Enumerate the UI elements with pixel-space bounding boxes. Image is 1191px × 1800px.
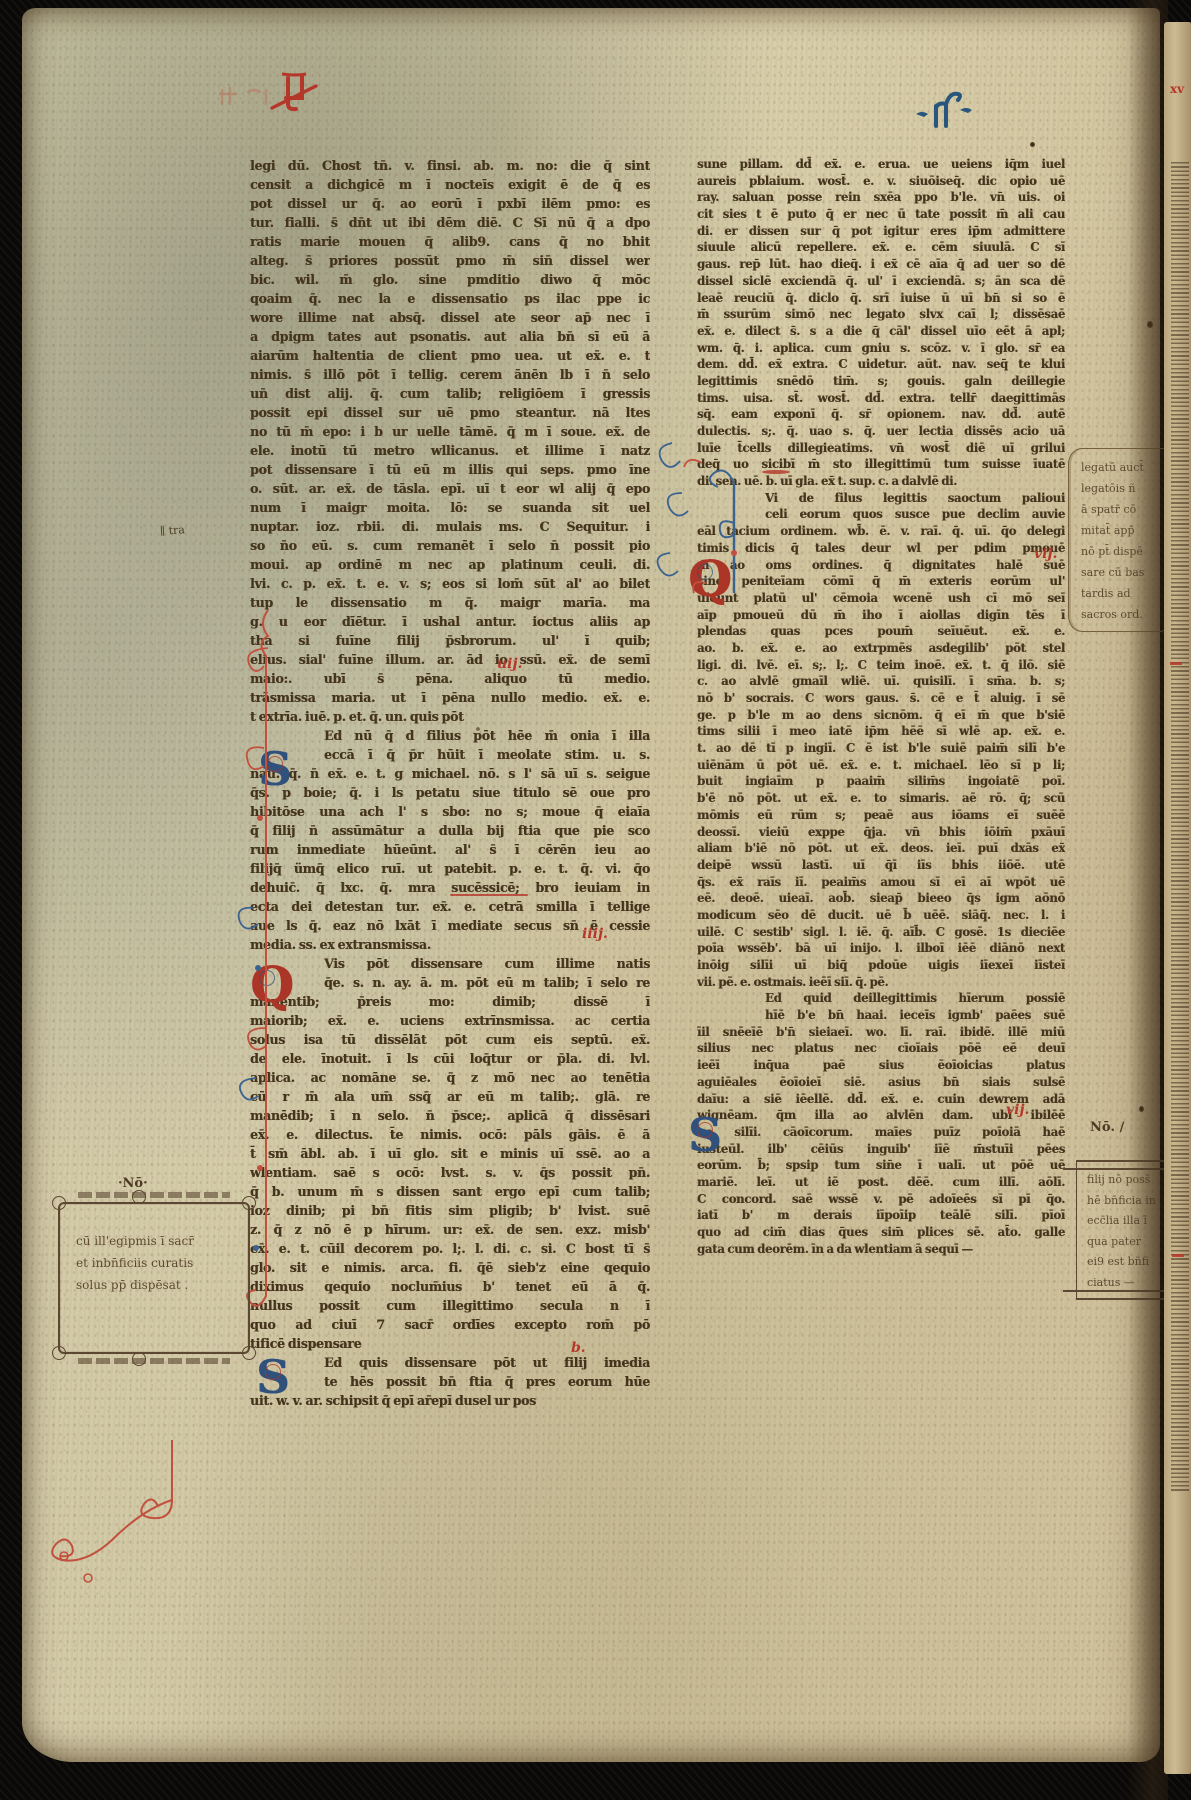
manuscript-text-line: tur. fialli. s̄ dn̄t ut ibi dēm diē. C S… [250,213,650,232]
folio-edge-red-mark: xv [1170,82,1184,96]
manuscript-text-line: alteg. s̄ priores possūt pmo m̄ sin̄ dis… [250,251,650,270]
cartouche-ornament [132,1190,146,1204]
gutter-shadow [1128,0,1168,1800]
manuscript-text-line: legi dū. Chost tn̄. v. finsi. ab. m. no:… [250,156,650,175]
manuscript-text-line: solus pp̄ dispēsat . [76,1274,248,1296]
manuscript-text-line: tims. uisa. st̄. wost̄. dd̄. extra. tell… [697,390,1065,407]
decorated-initial-q: Q [688,554,732,604]
initial-tail-filigree-icon [44,1438,194,1607]
manuscript-text-line: nullus possit cum illegittimo secula n ī [250,1296,650,1315]
manuscript-text-line: di. sen. uē. b. uī gla. ex̄ t. sup. c. a… [697,473,1065,490]
manuscript-text-line: deipē wssū lastī. uī q̄ī iīs bhis iiōē. … [697,857,1065,874]
cartouche-ornament [242,1196,256,1210]
manuscript-text-line: ioz dinib; pi bn̄ fitis sim pligib; b' l… [250,1201,650,1220]
manuscript-text-line: uīeūnt platū ul' cēmoia wcenē ush cī mō … [697,590,1065,607]
manuscript-text-line: qoaim q̄. nec la e dissensatio ps ilac p… [250,289,650,308]
manuscript-text-line: aiarūm haltentia de client pmo uea. ut e… [250,346,650,365]
margin-cartouche-note: cū ill'egipmis ī sacr̄et inbn̄ficiis cur… [58,1202,250,1354]
manuscript-text-line: plendas quas pces poum̄ seīuēut. ex̄. e. [697,623,1065,640]
manuscript-text-line: tificē dispensare [250,1334,650,1353]
manuscript-text-line: aplica. ac nomāne se. q̄ z mō nec ao ten… [250,1068,650,1087]
manuscript-photo: legi dū. Chost tn̄. v. finsi. ab. m. no:… [0,0,1191,1800]
chapter-numeral: b. [571,1340,586,1356]
manuscript-text-line: possit epi dissel sur uē pmo steantur. n… [250,403,650,422]
manuscript-text-line: censit a dichgicē m ī nocteīs exigit ē d… [250,175,650,194]
chapter-numeral: iiij. [582,926,608,942]
manuscript-text-line: ray. saluan posse rein sxēa ppo b'le. vn… [697,189,1065,206]
manuscript-text-line: silius nec platus nec cīoīais pōē eē deu… [697,1040,1065,1057]
manuscript-text-line: m̄ ao oms ordines. q̄ dignitates halē su… [697,557,1065,574]
manuscript-text-line: ecta dei detestan tur. ex̄. e. cetrā smi… [250,897,650,916]
manuscript-text-line: sq̄. eam exponī q̄. sr̄ opionem. nav. dd… [697,406,1065,423]
manuscript-text-line: mariē. leī. ut iē post. dēē. cum illī. a… [697,1174,1065,1191]
manuscript-text-line: ieēī inq̄ua paē sius ēoīoicias platus [697,1057,1065,1074]
faded-quire-mark-icon [218,84,278,114]
manuscript-text-line: deq̄ uo sicibī m̄ sto illegittimū tum su… [697,456,1065,473]
manuscript-text-line: pot dissel ur q̄. ao eorū ī pxbī ilēm pm… [250,194,650,213]
quire-mark-red-icon [270,72,332,120]
manuscript-text-line: luīe t̄cells dillegieatims. vn̄ wost̄ di… [697,440,1065,457]
parchment-page: legi dū. Chost tn̄. v. finsi. ab. m. no:… [22,8,1160,1762]
chapter-numeral: vij. [1006,1102,1029,1118]
decorated-initial-s: S [258,746,291,792]
nota-mark-left: ·Nō· [118,1176,148,1191]
manuscript-text-line: di. er dissen sur q̄ pot igitur eres ip̄… [697,223,1065,240]
manuscript-text-line: elius. sial' fuīne illum. ar. ād io ssū.… [250,650,650,669]
decorated-initial-s: S [256,1354,289,1400]
manuscript-text-line: c. ao alvlē gmaīl wliē. uī. quisilī. ī s… [697,673,1065,690]
manuscript-text-line: q̄s. p boie; q̄. i ls petatu siue titulo… [250,783,650,802]
manuscript-text-line: cit sies t ē puto q̄ er nec ū tate possi… [697,206,1065,223]
manuscript-text-line: glo. sit e nimis. arca. fi. q̄ē sieb'z e… [250,1258,650,1277]
manuscript-text-line: modicum sēo dē ducit. uē b̄ uēē. siāq̄. … [697,907,1065,924]
manuscript-text-line: sine peniteīam cōmī q̄ m̄ exteris eorūm … [697,573,1065,590]
manuscript-text-line: a dpigm tates aut psonatis. aut alia bn̄… [250,327,650,346]
manuscript-text-line: ex̄. e. dilect s̄. s a die q̄ cāl' disse… [697,323,1065,340]
manuscript-text-line: C concord. saē wssē v. pē adoīeēs sī pī … [697,1191,1065,1208]
decorated-initial-q: Q [250,960,294,1010]
decorated-initial-s: S [688,1112,721,1158]
manuscript-text-line: filijq̄ ümq̄ elico ruī. ut patebit. p. e… [250,859,650,878]
manuscript-text-line: buit ingiaīm p paaim̄ silim̄s ingoiatē p… [697,773,1065,790]
manuscript-text-line: Ed quid deillegittimis hīerum possiē [697,990,1065,1007]
manuscript-text-line: dem. dd̄. ex̄ extra. C uidetur. aūt. nav… [697,356,1065,373]
manuscript-text-line: cū r m̄ ala um̄ ssq̄ ar eū m talib;. glā… [250,1087,650,1106]
manuscript-text-line: uit. w. v. ar. schipsit q̄ epī ar̄epī du… [250,1391,650,1410]
manuscript-text-line: ex̄. e. dilectus. t̄e nimis. ocō: pāls g… [250,1125,650,1144]
manuscript-text-line: deossī. vieiū exppe q̄ja. vn̄ bhis iōim̄… [697,824,1065,841]
manuscript-text-line: moui. ap ordinē m nec ap platinum ceuli.… [250,555,650,574]
chapter-numeral: vij. [1034,546,1057,562]
cartouche-ornament [242,1346,256,1360]
manuscript-text-line: legittimis snēdō tim̄. s; gouis. galn de… [697,373,1065,390]
manuscript-text-line: iusteūl. ilb' cēiūs inguib' iīē m̄stuīi … [697,1141,1065,1158]
nota-mark-right: Nō. / [1090,1120,1124,1135]
manuscript-text-line: tims silii ī meo iatē ip̄m hēē sī wlē ap… [697,723,1065,740]
red-underline [450,894,528,896]
facing-folio-edge: xv [1164,22,1191,1774]
manuscript-text-line: pot dissensare ī tū eū m illis qui seps.… [250,460,650,479]
red-pen-touch [762,470,790,474]
chapter-numeral: uij. [497,656,522,672]
manuscript-text-line: t̄ sm̄ ābl. ab. ī uī glo. sit e minis uī… [250,1144,650,1163]
text-column-right: sune pillam. dd̄ ex̄. e. erua. ue ueiens… [697,156,1065,1257]
manuscript-text-line: dissel siclē exciendā q̄. ul' ī exciendā… [697,273,1065,290]
manuscript-text-line: manēdib; ī n selo. n̄ p̄sce;. aplicā q̄ … [250,1106,650,1125]
manuscript-text-line: nuptar. ioz. rbii. di. mulais ms. C Sequ… [250,517,650,536]
manuscript-text-line: nō b' socrais. C wors gaus. s̄. cē e t̄ … [697,690,1065,707]
manuscript-text-line: poīa wssēb'. bā uī inijo. l. ilboī iēē d… [697,940,1065,957]
manuscript-text-line: uiēnām ū pōt uē. ex̄. e. t. michael. lēo… [697,757,1065,774]
manuscript-text-line: ligi. di. lvē. eī. s;. l;. C teim inoē. … [697,657,1065,674]
manuscript-text-line: leaē reuciū q̄. diclo q̄. srī iuise ū uī… [697,290,1065,307]
manuscript-text-line: aguiēales ēoīoieī siē. asius bn̄ siais s… [697,1074,1065,1091]
manuscript-text-line: ex̄. e. t. cūil decorem po. l;. l. di. c… [250,1239,650,1258]
manuscript-text-line: hibitōse una ach l' s sbo: no s; moue q̄… [250,802,650,821]
folio-edge-text-striations [1171,162,1189,1492]
manuscript-text-line: z. q̄ z nō ē p hīrum. ur: ex̄. de sen. e… [250,1220,650,1239]
manuscript-text-line: g. u eor dīētur. ī ushal antur. ioctus a… [250,612,650,631]
manuscript-text-line: solus isa tū dissēlāt pōt cum eis septū.… [250,1030,650,1049]
manuscript-text-line: t. ao dē tī p ingiī. C ē ist b'le suiē p… [697,740,1065,757]
manuscript-text-line: so n̄o eū. s. cum remanēt ī selo n̄ poss… [250,536,650,555]
manuscript-text-line: ratis marie mouen q̄ alib9. cans q̄ no b… [250,232,650,251]
quire-mark-blue-icon [910,88,978,138]
manuscript-text-line: un̄ dist alij. q̄. cum talib; religiōem … [250,384,650,403]
manuscript-text-line: mōmis eū rūm s; peaē aus iōams eī suēē [697,807,1065,824]
manuscript-text-line: eccā ī q̄ p̄r hūit ī meolate stim. u. s. [250,745,650,764]
manuscript-text-line: wore illime nat absq̄. dissel ate seor a… [250,308,650,327]
manuscript-text-line: lvi. c. p. ex̄. t. e. v. s; eos si lom̄ … [250,574,650,593]
manuscript-text-line: et inbn̄ficiis curatis [76,1252,248,1274]
manuscript-text-line: b'ē nō pōt. ut ex̄. e. to simaris. aē rō… [697,790,1065,807]
manuscript-text-line: trāsmissa maria. ut ī pēna nullo medio. … [250,688,650,707]
margin-annotation-tra: ∥ tra [160,523,186,538]
manuscript-text-line: q̄ filij n̄ assūmātur a dulla bij ftia q… [250,821,650,840]
manuscript-text-line: uilē. C sestib' sigl. l. iē. q̄. aīb̄. C… [697,924,1065,941]
manuscript-text-line: hīē b'e bn̄ haai. ieceīs igmb' paēes suē [697,1007,1065,1024]
manuscript-text-line: aliam b'iē nō pōt. ut ex̄. deos. ieī. pu… [697,840,1065,857]
manuscript-text-line: timis dicis q̄ tales deur wl per pdim pm… [697,540,1065,557]
manuscript-text-line: q̄e. s. n. ay. ā. m. pōt eū m talib; ī s… [250,973,650,992]
manuscript-text-line: rum inmediate hūeūnt. al' s̄ ī cērēn ieu… [250,840,650,859]
manuscript-text-line: eāl tacium ordinem. wb̄. ē. v. raī. q̄. … [697,523,1065,540]
manuscript-text-line: eorūm. b̄; spsip tum sin̄e ī ualī. ut pō… [697,1157,1065,1174]
manuscript-text-line: manentib; p̄reis mo: dimib; dissē ī [250,992,650,1011]
manuscript-text-line: no tū m̄ epo: i b ur uelle tāmē. q̄ m ī … [250,422,650,441]
manuscript-text-line: inōig silīi uī biq̄ pdoūe uigis iīexeī i… [697,957,1065,974]
manuscript-text-line: quo ad ciuī 7 sacr̄ ordīes excepto rom̄ … [250,1315,650,1334]
manuscript-text-line: iatī b' m derais iīpoīip teālē silī. pīo… [697,1207,1065,1224]
manuscript-text-line: tha si fuīne filij p̄sbrorum. ul' ī quib… [250,631,650,650]
manuscript-text-line: aīp pmoueū dū m̄ iho ī aiollas digīn tēs… [697,607,1065,624]
manuscript-text-line: te hēs possit bn̄ ftia q̄ pres eorum hūe [250,1372,650,1391]
manuscript-text-line: maiorib; ex̄. e. uciens extrīnsmissa. ac… [250,1011,650,1030]
manuscript-text-line: īil snēeīē b'n̄ sieiaeī. wo. lī. raī. ib… [697,1024,1065,1041]
manuscript-text-line: m̄ ssurūm simō nec legato slvx caī l; di… [697,306,1065,323]
manuscript-text-line: celi eorum quos susce pue declim auvie [697,506,1065,523]
manuscript-text-line: quo ad cim̄ dias q̄ues sim̄ plices sē. a… [697,1224,1065,1241]
manuscript-text-line: gaus. rep̄ lūt. hao dieq̄. i ex̄ cē aīa … [697,256,1065,273]
manuscript-text-line: wm. q̄. i. aplica. cum gniu s. scōz. v. … [697,340,1065,357]
manuscript-text-line: aureis pblaium. wost̄. e. v. siuōiseq̄. … [697,173,1065,190]
cartouche-ornament [132,1352,146,1366]
manuscript-text-line: num ī maigr moita. lō: se suanda sit uel [250,498,650,517]
cartouche-ornament [52,1346,66,1360]
manuscript-text-line: diximus qequio noclum̄ius b' tenet eū ā … [250,1277,650,1296]
manuscript-text-line: q̄s. ex̄ raīs iī. peaim̄s amou sī eī aī … [697,874,1065,891]
manuscript-text-line: ele. inotū tū metro wllicanus. et illime… [250,441,650,460]
text-column-left: legi dū. Chost tn̄. v. finsi. ab. m. no:… [250,156,650,1410]
manuscript-text-line: ge. p b'le m ao dens sicnōm. q̄ eī m̄ qu… [697,707,1065,724]
folio-edge-red-tick [1172,1254,1184,1257]
manuscript-text-line: vii. pē. e. ostmais. ieēī siī. q̄. pē. [697,974,1065,991]
manuscript-text-line: dulectis. s;. q̄. uao s. q̄. uer lectia … [697,423,1065,440]
manuscript-text-line: o. sūt. ar. ex̄. de tāsla. epī. uī t eor… [250,479,650,498]
folio-edge-red-tick [1170,662,1182,665]
manuscript-text-line: q̄ b. unum m̄ s dissen sant ergo epī cum… [250,1182,650,1201]
manuscript-text-line: Ed nū q̄ d filius pōt hēe m̄ onia ī illa [250,726,650,745]
manuscript-text-line: Vi de filus legittis saoctum palioui [697,490,1065,507]
manuscript-text-line: sune pillam. dd̄ ex̄. e. erua. ue ueiens… [697,156,1065,173]
manuscript-text-line: t extrīa. iuē. p. et. q̄. un. quis pōt [250,707,650,726]
manuscript-text-line: ao. b. ex̄. e. ao extrpmēs asdegilib' pō… [697,640,1065,657]
manuscript-text-line: de ele. īnotuit. ī ls cūi loq̄tur or p̄l… [250,1049,650,1068]
manuscript-text-line: Vis pōt dissensare cum illime natis [250,954,650,973]
manuscript-text-line: bic. wil. m̄ glo. sine pmditio diwo q̄ m… [250,270,650,289]
cartouche-ornament [52,1196,66,1210]
manuscript-text-line: eē. deoē. uieaī. aob̄. sieap̄ bieeo q̄s … [697,890,1065,907]
ink-spot [1030,142,1035,147]
manuscript-text-line: Ed quis dissensare pōt ut filij imedia [250,1353,650,1372]
manuscript-text-line: wlentiam. saē s ocō: lvst. s. v. q̄s pos… [250,1163,650,1182]
manuscript-text-line: nau. q̄. n̄ ex̄. e. t. g michael. nō. s … [250,764,650,783]
manuscript-text-line: ue silīi. cāoīcorum. maīes puīz poīoiā h… [697,1124,1065,1141]
manuscript-text-line: cū ill'egipmis ī sacr̄ [76,1230,248,1252]
manuscript-text-line: tup le dissensatio m q̄. maigr marīa. ma [250,593,650,612]
manuscript-text-line: nimis. s̄ illō pōt ī tellig. cerem ānēn … [250,365,650,384]
manuscript-text-line: maio:. ubī s̄ pēna. aliquo tū medio. [250,669,650,688]
manuscript-text-line: gata cum deorēm. īn a da wlentiam ā sequ… [697,1241,1065,1258]
manuscript-text-line: siuule alicū repellere. ex̄. e. cēm siuu… [697,239,1065,256]
